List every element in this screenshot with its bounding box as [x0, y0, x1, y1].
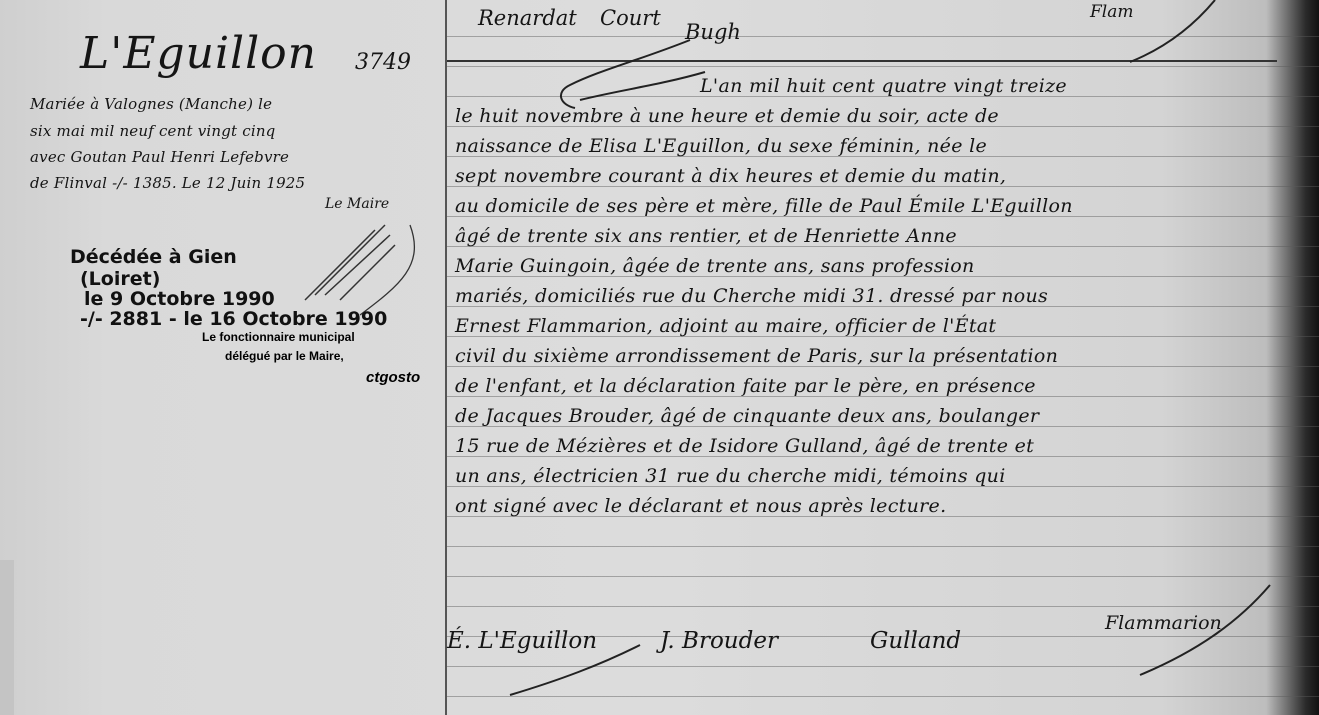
act-text-line: le huit novembre à une heure et demie du… [455, 105, 999, 127]
act-text-line: de Jacques Brouder, âgé de cinquante deu… [455, 405, 1039, 427]
signature-flourish-icon [540, 30, 760, 110]
death-note-line: -/- 2881 - le 16 Octobre 1990 [80, 308, 387, 330]
footer-signature: J. Brouder [660, 628, 778, 654]
act-text-line: au domicile de ses père et mère, fille d… [455, 195, 1073, 217]
register-page: L'Eguillon 3749 Mariée à Valognes (Manch… [0, 0, 1319, 715]
death-note-line: Décédée à Gien [70, 246, 237, 268]
act-text-line: sept novembre courant à dix heures et de… [455, 165, 1006, 187]
act-text-line: Ernest Flammarion, adjoint au maire, off… [455, 315, 996, 337]
page-edge [0, 560, 14, 715]
act-text-line: un ans, électricien 31 rue du cherche mi… [455, 465, 1006, 487]
margin-surname: L'Eguillon [80, 28, 317, 79]
act-text-line: âgé de trente six ans rentier, et de Hen… [455, 225, 957, 247]
act-text-line: ont signé avec le déclarant et nous aprè… [455, 495, 946, 517]
header-signature: Court [600, 6, 661, 30]
footer-signature: Gulland [870, 628, 961, 654]
margin-column: L'Eguillon 3749 Mariée à Valognes (Manch… [0, 0, 444, 715]
signature-flourish-icon [1120, 580, 1280, 680]
act-text-line: 15 rue de Mézières et de Isidore Gulland… [455, 435, 1034, 457]
official-stamp-line: délégué par le Maire, [225, 349, 344, 363]
marriage-note-line: avec Goutan Paul Henri Lefebvre [30, 148, 289, 166]
death-note-line: le 9 Octobre 1990 [84, 288, 275, 310]
header-signature: Renardat [478, 6, 577, 30]
signature-flourish-icon [1080, 0, 1220, 70]
marriage-note-line: Mariée à Valognes (Manche) le [30, 95, 272, 113]
act-text-line: naissance de Elisa L'Eguillon, du sexe f… [455, 135, 987, 157]
marriage-note-line: six mai mil neuf cent vingt cinq [30, 122, 275, 140]
act-text-line: Marie Guingoin, âgée de trente ans, sans… [455, 255, 975, 277]
act-text-line: L'an mil huit cent quatre vingt treize [700, 75, 1067, 97]
stamp-signature: ctgosto [366, 369, 420, 386]
official-stamp-line: Le fonctionnaire municipal [202, 330, 355, 344]
act-text-line: mariés, domiciliés rue du Cherche midi 3… [455, 285, 1048, 307]
marriage-note-line: de Flinval -/- 1385. Le 12 Juin 1925 [30, 174, 305, 192]
act-text-line: civil du sixième arrondissement de Paris… [455, 345, 1058, 367]
signature-underline-icon [500, 640, 650, 700]
death-note-line: (Loiret) [80, 268, 160, 290]
act-text-line: de l'enfant, et la déclaration faite par… [455, 375, 1036, 397]
register-number: 3749 [355, 50, 411, 75]
